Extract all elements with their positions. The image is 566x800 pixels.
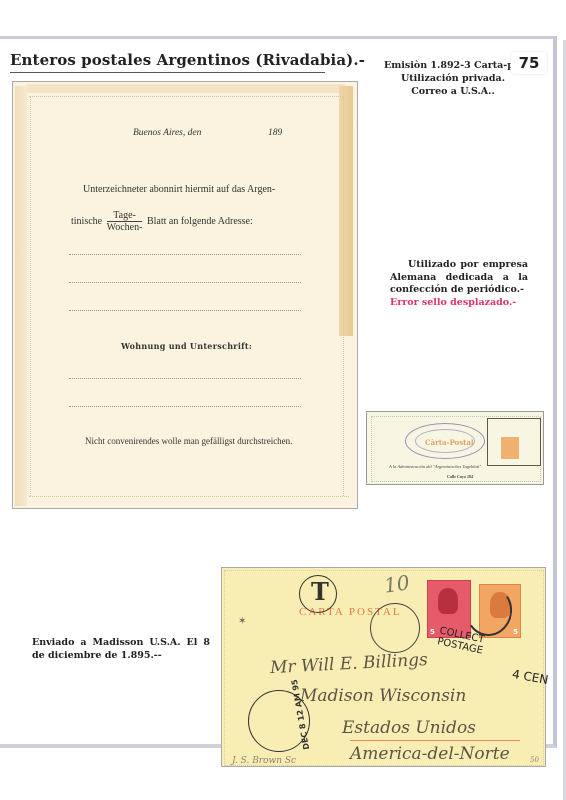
usage-note-text: Utilizado por empresa Alemana dedicada a… <box>390 259 528 295</box>
form-fraction-top: Tage- <box>107 210 143 222</box>
album-page: Enteros postales Argentinos (Rivadabia).… <box>0 36 557 748</box>
form-line-2-prefix: tinische <box>71 216 102 227</box>
perforation-left <box>30 96 31 496</box>
form-signature-heading: Wohnung und Unterschrift: <box>121 341 252 351</box>
gum-strip-left <box>15 86 27 506</box>
stamp-value: 5 <box>513 628 518 636</box>
letter-card-form: Buenos Aires, den 189 Unterzeichneter ab… <box>12 81 358 509</box>
ink-mark: ✶ <box>238 616 246 627</box>
usage-note: Utilizado por empresa Alemana dedicada a… <box>390 259 528 309</box>
form-line-1: Unterzeichneter abonnirt hiermit auf das… <box>83 184 275 195</box>
card-front-print: Càrta-Postal <box>425 438 474 447</box>
origin-postmark <box>370 603 420 653</box>
perforation-bottom <box>29 496 349 497</box>
form-year: 189 <box>268 128 282 138</box>
page-title: Enteros postales Argentinos (Rivadabia).… <box>10 51 365 69</box>
form-fraction-bottom: Wochen- <box>107 222 143 233</box>
form-blank-line <box>69 282 301 283</box>
header-note-line2: Utilización privada. <box>378 72 528 85</box>
address-underline <box>350 740 520 741</box>
title-underline <box>10 72 325 73</box>
form-blank-line <box>69 378 301 379</box>
postal-cover: ✶ CARTA POSTAL T 10 5 5 COLLECT POSTAGE … <box>221 567 546 767</box>
gum-strip-top <box>27 84 345 93</box>
form-place-date: Buenos Aires, den <box>133 128 201 138</box>
form-line-2-suffix: Blatt an folgende Adresse: <box>147 216 253 227</box>
form-line-2: tinische Tage- Wochen- Blatt an folgende… <box>71 210 253 233</box>
sender-note: J. S. Brown Sc <box>232 756 296 766</box>
form-footer: Nicht convenirendes wolle man gefälligst… <box>85 436 292 446</box>
form-blank-line <box>69 254 301 255</box>
card-front-street: Calle Cuyo 184 <box>447 474 473 479</box>
tax-mark-letter: T <box>311 577 329 606</box>
manuscript-rate: 10 <box>382 570 411 597</box>
header-note-line3: Correo a U.S.A.. <box>378 85 528 98</box>
perforation-right <box>343 96 344 496</box>
gum-strip-right <box>339 86 353 336</box>
address-line: Madison Wisconsin <box>300 686 466 706</box>
header-note: Emisiòn 1.892-3 Carta-pos Utilización pr… <box>378 59 528 98</box>
stamp-value: 5 <box>430 628 435 636</box>
form-blank-line <box>69 406 301 407</box>
perforation-top <box>29 96 341 97</box>
sent-note-text: Enviado a Madisson U.S.A. El 8 de diciem… <box>10 637 210 662</box>
page-number: 75 <box>511 52 547 74</box>
letter-card-front: Càrta-Postal A la Administración del "Ar… <box>366 411 544 485</box>
address-line: Estados Unidos <box>342 718 476 738</box>
corner-number: 50 <box>530 756 539 764</box>
rivadavia-stamp-icon <box>501 437 519 459</box>
form-fraction: Tage- Wochen- <box>107 210 143 233</box>
error-note: Error sello desplazado.- <box>390 297 528 310</box>
stamp-portrait-icon <box>438 588 458 614</box>
header-note-line1: Emisiòn 1.892-3 Carta-pos <box>378 59 528 72</box>
sent-note: Enviado a Madisson U.S.A. El 8 de diciem… <box>10 637 210 662</box>
form-blank-line <box>69 310 301 311</box>
card-front-address: A la Administración del "Argentinisches … <box>389 464 481 469</box>
address-line: America-del-Norte <box>350 744 510 764</box>
